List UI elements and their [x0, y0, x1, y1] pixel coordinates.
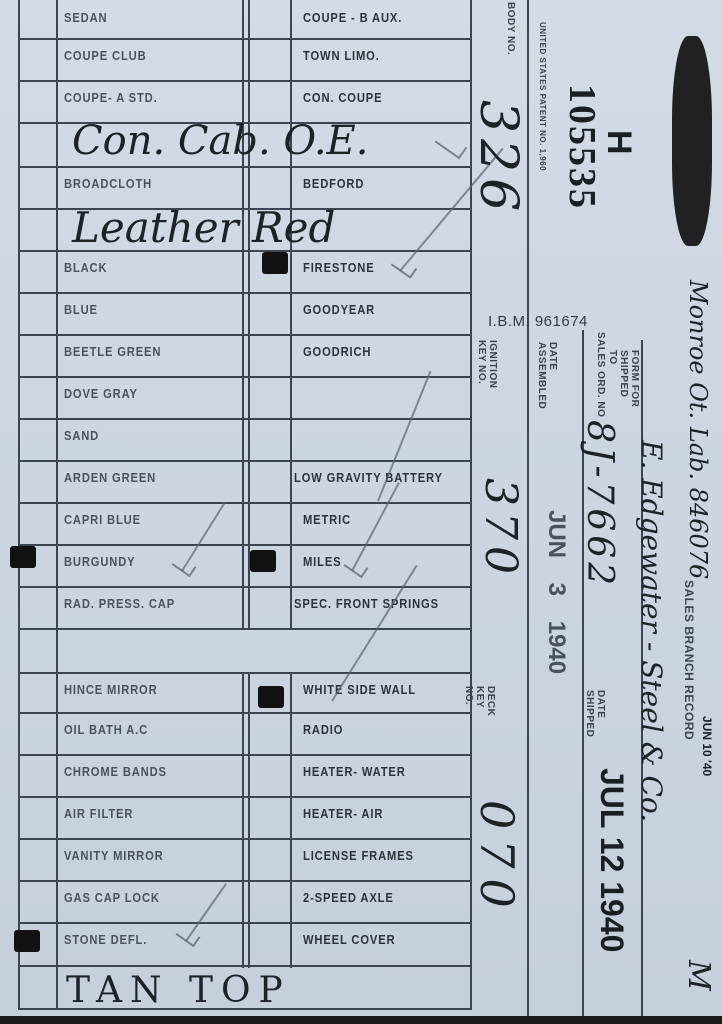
option-label-left: STONE DEFL.: [64, 932, 147, 947]
body-no-value: 326: [468, 100, 528, 217]
table-row-divider: [18, 880, 472, 882]
option-label-left: BLACK: [64, 260, 107, 275]
table-row-divider: [18, 712, 472, 714]
table-border-left: [18, 0, 20, 1008]
option-label-right: RADIO: [303, 722, 343, 737]
serial-number: 105535: [560, 84, 604, 210]
option-label-right: HEATER- AIR: [303, 806, 383, 821]
dealer-note: Monroe Ot. Lab. 846076: [684, 280, 712, 579]
table-row-divider: [18, 544, 472, 546]
option-label-left: COUPE CLUB: [64, 48, 147, 63]
option-label-left: VANITY MIRROR: [64, 848, 164, 863]
option-label-left: BEETLE GREEN: [64, 344, 161, 359]
option-label-right: LOW GRAVITY BATTERY: [294, 470, 443, 485]
mark-white-side-wall: [258, 686, 284, 708]
option-label-left: CHROME BANDS: [64, 764, 167, 779]
table-row-divider: [18, 418, 472, 420]
table-row-divider: [18, 80, 472, 82]
table-row-divider: [18, 460, 472, 462]
sales-branch-stamp: JUN 10 '40: [700, 716, 714, 776]
option-label-left: SEDAN: [64, 10, 107, 25]
sales-ord-value: 8J-7662: [579, 420, 620, 589]
deck-key-value: 070: [470, 800, 524, 918]
body-no-label: BODY NO.: [505, 2, 516, 42]
option-label-right: WHEEL COVER: [303, 932, 396, 947]
option-label-left: OIL BATH A.C: [64, 722, 148, 737]
option-label-left: BLUE: [64, 302, 98, 317]
table-row-divider: [18, 38, 472, 40]
option-label-left: CAPRI BLUE: [64, 512, 141, 527]
table-row-divider: [18, 796, 472, 798]
option-label-left: SAND: [64, 428, 99, 443]
bottom-edge: [0, 1016, 722, 1024]
table-row-divider: [18, 672, 472, 674]
mark-firestone: [262, 252, 288, 274]
table-col-divider-4: [290, 0, 292, 628]
table-row-divider: [18, 376, 472, 378]
date-assembled-stamp: JUN 3 1940: [542, 510, 570, 674]
option-label-right: GOODYEAR: [303, 302, 375, 317]
table-row-divider: [18, 292, 472, 294]
shipped-to-value: E. Edgewater - Steel & Co.: [635, 440, 668, 822]
table-row-divider: [18, 838, 472, 840]
option-label-right: FIRESTONE: [303, 260, 375, 275]
sales-ord-label: SALES ORD. NO: [595, 332, 606, 417]
ignition-key-value: 370: [475, 478, 526, 580]
table-row-divider: [18, 922, 472, 924]
option-label-right: MILES: [303, 554, 341, 569]
option-label-right: COUPE - B AUX.: [303, 10, 402, 25]
option-label-right: WHITE SIDE WALL: [303, 682, 416, 697]
option-label-left: DOVE GRAY: [64, 386, 138, 401]
check-stroke: [351, 482, 400, 571]
option-label-right: HEATER- WATER: [303, 764, 406, 779]
handwritten-body-style: Con. Cab. O.E.: [72, 118, 368, 164]
sales-branch-label: SALES BRANCH RECORD: [683, 580, 694, 740]
mark-miles: [250, 550, 276, 572]
option-label-left: BROADCLOTH: [64, 176, 152, 191]
option-label-right: CON. COUPE: [303, 90, 382, 105]
scribbled-out-mark: [672, 36, 712, 246]
date-shipped-label: DATE SHIPPED: [584, 690, 606, 740]
option-label-left: BURGUNDY: [64, 554, 135, 569]
option-label-right: TOWN LIMO.: [303, 48, 380, 63]
deck-key-label: DECK KEY NO.: [463, 686, 496, 730]
option-label-right: METRIC: [303, 512, 351, 527]
check-stroke: [181, 503, 225, 572]
date-assembled-label: DATE ASSEMBLED: [536, 342, 558, 417]
option-label-left: ARDEN GREEN: [64, 470, 156, 485]
option-label-left: RAD. PRESS. CAP: [64, 596, 175, 611]
table-row-divider: [18, 628, 472, 630]
table-col-divider-3: [248, 0, 250, 628]
table-row-divider: [18, 502, 472, 504]
handwritten-top: TAN TOP: [66, 970, 291, 1011]
shipped-to-label: FORM FOR SHIPPED TO: [607, 350, 640, 410]
table-row-divider: [18, 754, 472, 756]
table-row-divider: [18, 334, 472, 336]
option-label-right: 2-SPEED AXLE: [303, 890, 394, 905]
option-label-right: BEDFORD: [303, 176, 364, 191]
date-shipped-value: JUL 12 1940: [593, 768, 630, 952]
option-label-left: HINCE MIRROR: [64, 682, 158, 697]
table-col-divider-1: [56, 0, 58, 1008]
mark-stone-defl: [14, 930, 40, 952]
option-label-left: COUPE- A STD.: [64, 90, 158, 105]
table-col-divider-2: [242, 0, 244, 628]
mark-burgundy: [10, 546, 36, 568]
option-label-right: GOODRICH: [303, 344, 371, 359]
option-label-left: GAS CAP LOCK: [64, 890, 160, 905]
table-row-divider: [18, 965, 472, 967]
corner-mark: M: [681, 960, 716, 991]
ibm-label: I.B.M. 961674: [488, 316, 588, 327]
option-label-left: AIR FILTER: [64, 806, 133, 821]
option-label-right: LICENSE FRAMES: [303, 848, 414, 863]
handwritten-upholstery: Leather Red: [72, 203, 335, 252]
ignition-key-label: IGNITION KEY NO.: [476, 340, 498, 410]
check-con-coupe: [435, 131, 468, 160]
check-stroke: [185, 883, 227, 941]
patent-text: UNITED STATES PATENT NO. 1,960: [537, 22, 548, 171]
serial-prefix: H: [599, 130, 638, 155]
option-label-right: SPEC. FRONT SPRINGS: [294, 596, 439, 611]
record-card: SEDANCOUPE CLUBCOUPE- A STD.BROADCLOTHBL…: [0, 0, 722, 1024]
table-row-divider: [18, 166, 472, 168]
